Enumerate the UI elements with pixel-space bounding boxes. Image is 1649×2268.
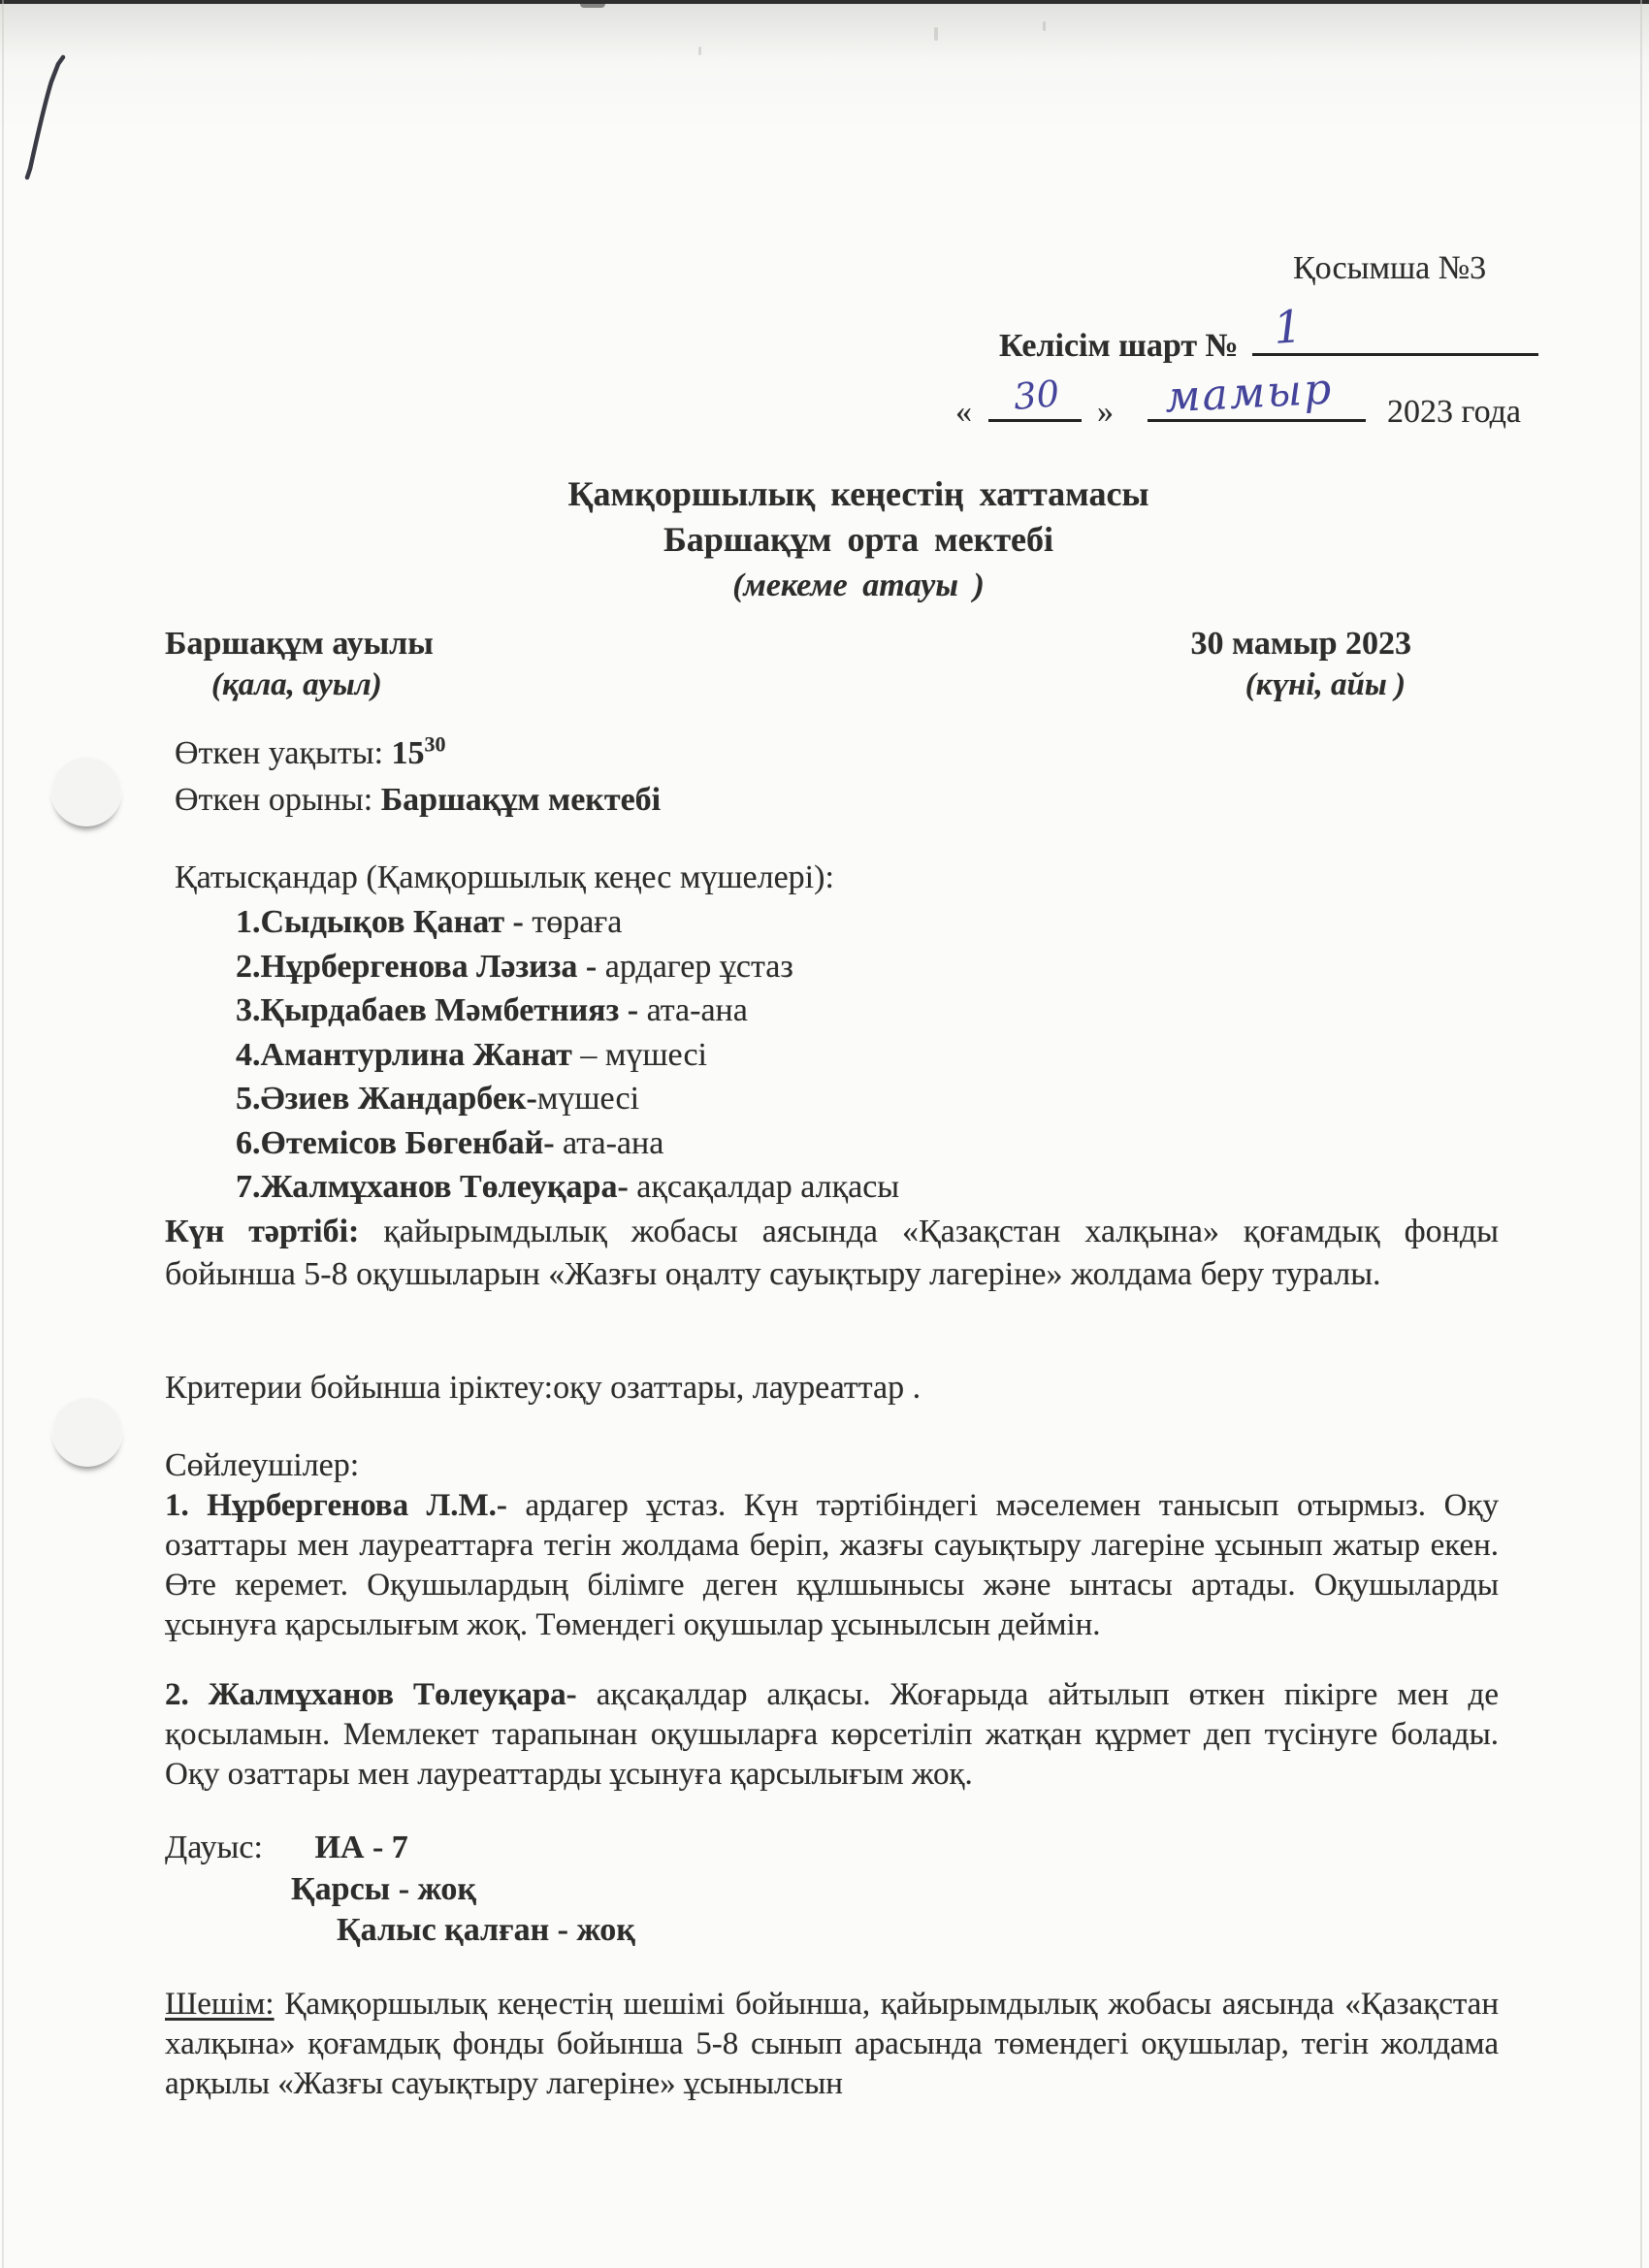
meeting-date-hint: (күні, айы ) — [1190, 663, 1411, 707]
quote-close: » — [1097, 394, 1114, 430]
participant-name: 3.Қырдабаев Мәмбетнияз - — [236, 992, 638, 1028]
contract-number-line: Келісім шарт № 1 — [999, 314, 1538, 365]
date-day-handwritten: 30 — [1012, 373, 1061, 418]
participant-name: 5.Әзиев Жандарбек- — [236, 1081, 537, 1117]
contract-label: Келісім шарт № — [999, 328, 1239, 364]
participant-role: ақсақалдар алқасы — [629, 1169, 899, 1205]
participant-row: 4.Амантурлина Жанат – мүшесі — [236, 1033, 899, 1078]
scan-left-edge — [2, 0, 4, 2268]
date-day-blank: 30 — [988, 380, 1082, 422]
day-order-paragraph: Күн тәртібі: қайырымдылық жобасы аясында… — [165, 1211, 1499, 1296]
place-name: Баршақұм ауылы — [165, 626, 434, 663]
document-title: Қамқоршылық кеңестің хаттамасы — [165, 471, 1552, 517]
decision-text: Қамқоршылық кеңестің шешімі бойынша, қай… — [165, 1987, 1499, 2101]
participant-row: 7.Жалмұханов Төлеуқара- ақсақалдар алқас… — [236, 1165, 899, 1210]
form-hint-institution: (мекеме атауы ) — [165, 563, 1552, 608]
participant-role: ата-ана — [638, 992, 748, 1028]
meeting-place-row: Өткен орыны: Баршақұм мектебі — [175, 782, 661, 819]
scan-speck — [698, 47, 701, 55]
participant-role: төраға — [524, 904, 623, 940]
meeting-time-row: Өткен уақыты: 1530 — [175, 735, 446, 772]
vote-yes-value: ИА - 7 — [314, 1830, 407, 1865]
participant-row: 2.Нұрбергенова Ләзиза - ардагер ұстаз — [236, 945, 899, 989]
participant-role: мүшесі — [537, 1081, 639, 1117]
meeting-time-superscript: 30 — [425, 732, 446, 757]
date-year: 2023 года — [1387, 394, 1521, 430]
speaker-2-name: 2. Жалмұханов Төлеуқара- — [165, 1677, 577, 1712]
meeting-time-label: Өткен уақыты: — [175, 735, 392, 771]
meeting-place-label: Өткен орыны: — [175, 782, 381, 818]
day-order-text: қайырымдылық жобасы аясында «Қазақстан х… — [165, 1214, 1499, 1292]
participant-role: ата-ана — [555, 1125, 664, 1161]
place-hint: (қала, ауыл) — [165, 663, 434, 707]
scan-speck — [1043, 21, 1046, 31]
scan-right-edge — [1640, 0, 1642, 2268]
participant-row: 1.Сыдықов Қанат - төраға — [236, 900, 899, 945]
meeting-place-value: Баршақұм мектебі — [381, 782, 661, 818]
participant-name: 7.Жалмұханов Төлеуқара- — [236, 1169, 629, 1205]
vote-row-yes: Дауыс: ИА - 7 — [165, 1830, 408, 1866]
contract-number-handwritten: 1 — [1272, 300, 1304, 354]
pen-stroke-mark — [17, 49, 76, 184]
meeting-date: 30 мамыр 2023 — [1190, 626, 1411, 663]
participant-row: 6.Өтемісов Бөгенбай- ата-ана — [236, 1121, 899, 1166]
meeting-time-value: 15 — [392, 735, 425, 771]
vote-label: Дауыс: — [165, 1830, 263, 1865]
day-order-label: Күн тәртібі: — [165, 1214, 359, 1249]
participant-role: ардагер ұстаз — [597, 949, 793, 985]
participant-row: 3.Қырдабаев Мәмбетнияз - ата-ана — [236, 988, 899, 1033]
hole-punch-bottom — [51, 1395, 123, 1467]
speaker-1-name: 1. Нұрбергенова Л.М.- — [165, 1488, 507, 1523]
participants-list: 1.Сыдықов Қанат - төраға 2.Нұрбергенова … — [236, 900, 899, 1210]
decision-paragraph: Шешім: Қамқоршылық кеңестің шешімі бойын… — [165, 1985, 1499, 2104]
vote-against-value: Қарсы - жоқ — [291, 1871, 476, 1908]
participant-name: 1.Сыдықов Қанат - — [236, 904, 524, 940]
decision-label: Шешім: — [165, 1987, 275, 2022]
participant-role: – мүшесі — [572, 1037, 707, 1073]
document-title-block: Қамқоршылық кеңестің хаттамасы Баршақұм … — [165, 471, 1552, 608]
date-line: « 30 » мамыр 2023 года — [955, 380, 1521, 431]
place-date-row: Баршақұм ауылы (қала, ауыл) 30 мамыр 202… — [165, 626, 1499, 707]
speakers-heading: Сөйлеушілер: — [165, 1447, 359, 1484]
scanned-document-page: Қосымша №3 Келісім шарт № 1 « 30 » мамыр… — [0, 0, 1649, 2268]
participant-name: 2.Нұрбергенова Ләзиза - — [236, 949, 597, 985]
date-month-handwritten: мамыр — [1163, 365, 1334, 423]
speaker-paragraph-1: 1. Нұрбергенова Л.М.- ардагер ұстаз. Күн… — [165, 1486, 1499, 1645]
hole-punch-top — [50, 755, 122, 826]
participant-name: 4.Амантурлина Жанат — [236, 1037, 572, 1073]
participant-row: 5.Әзиев Жандарбек-мүшесі — [236, 1077, 899, 1121]
scan-speck — [934, 27, 938, 41]
scan-top-shadow — [0, 4, 1649, 130]
criteria-line: Критерии бойынша іріктеу:оқу озаттары, л… — [165, 1370, 921, 1407]
document-subtitle: Баршақұм орта мектебі — [165, 517, 1552, 563]
contract-number-blank: 1 — [1252, 314, 1538, 356]
appendix-label: Қосымша №3 — [1293, 250, 1486, 287]
speaker-paragraph-2: 2. Жалмұханов Төлеуқара- ақсақалдар алқа… — [165, 1675, 1499, 1795]
quote-open: « — [955, 394, 972, 430]
date-month-blank: мамыр — [1148, 380, 1366, 422]
participants-heading: Қатысқандар (Қамқоршылық кеңес мүшелері)… — [175, 859, 834, 896]
vote-abstain-value: Қалыс қалған - жоқ — [337, 1912, 635, 1949]
participant-name: 6.Өтемісов Бөгенбай- — [236, 1125, 555, 1161]
